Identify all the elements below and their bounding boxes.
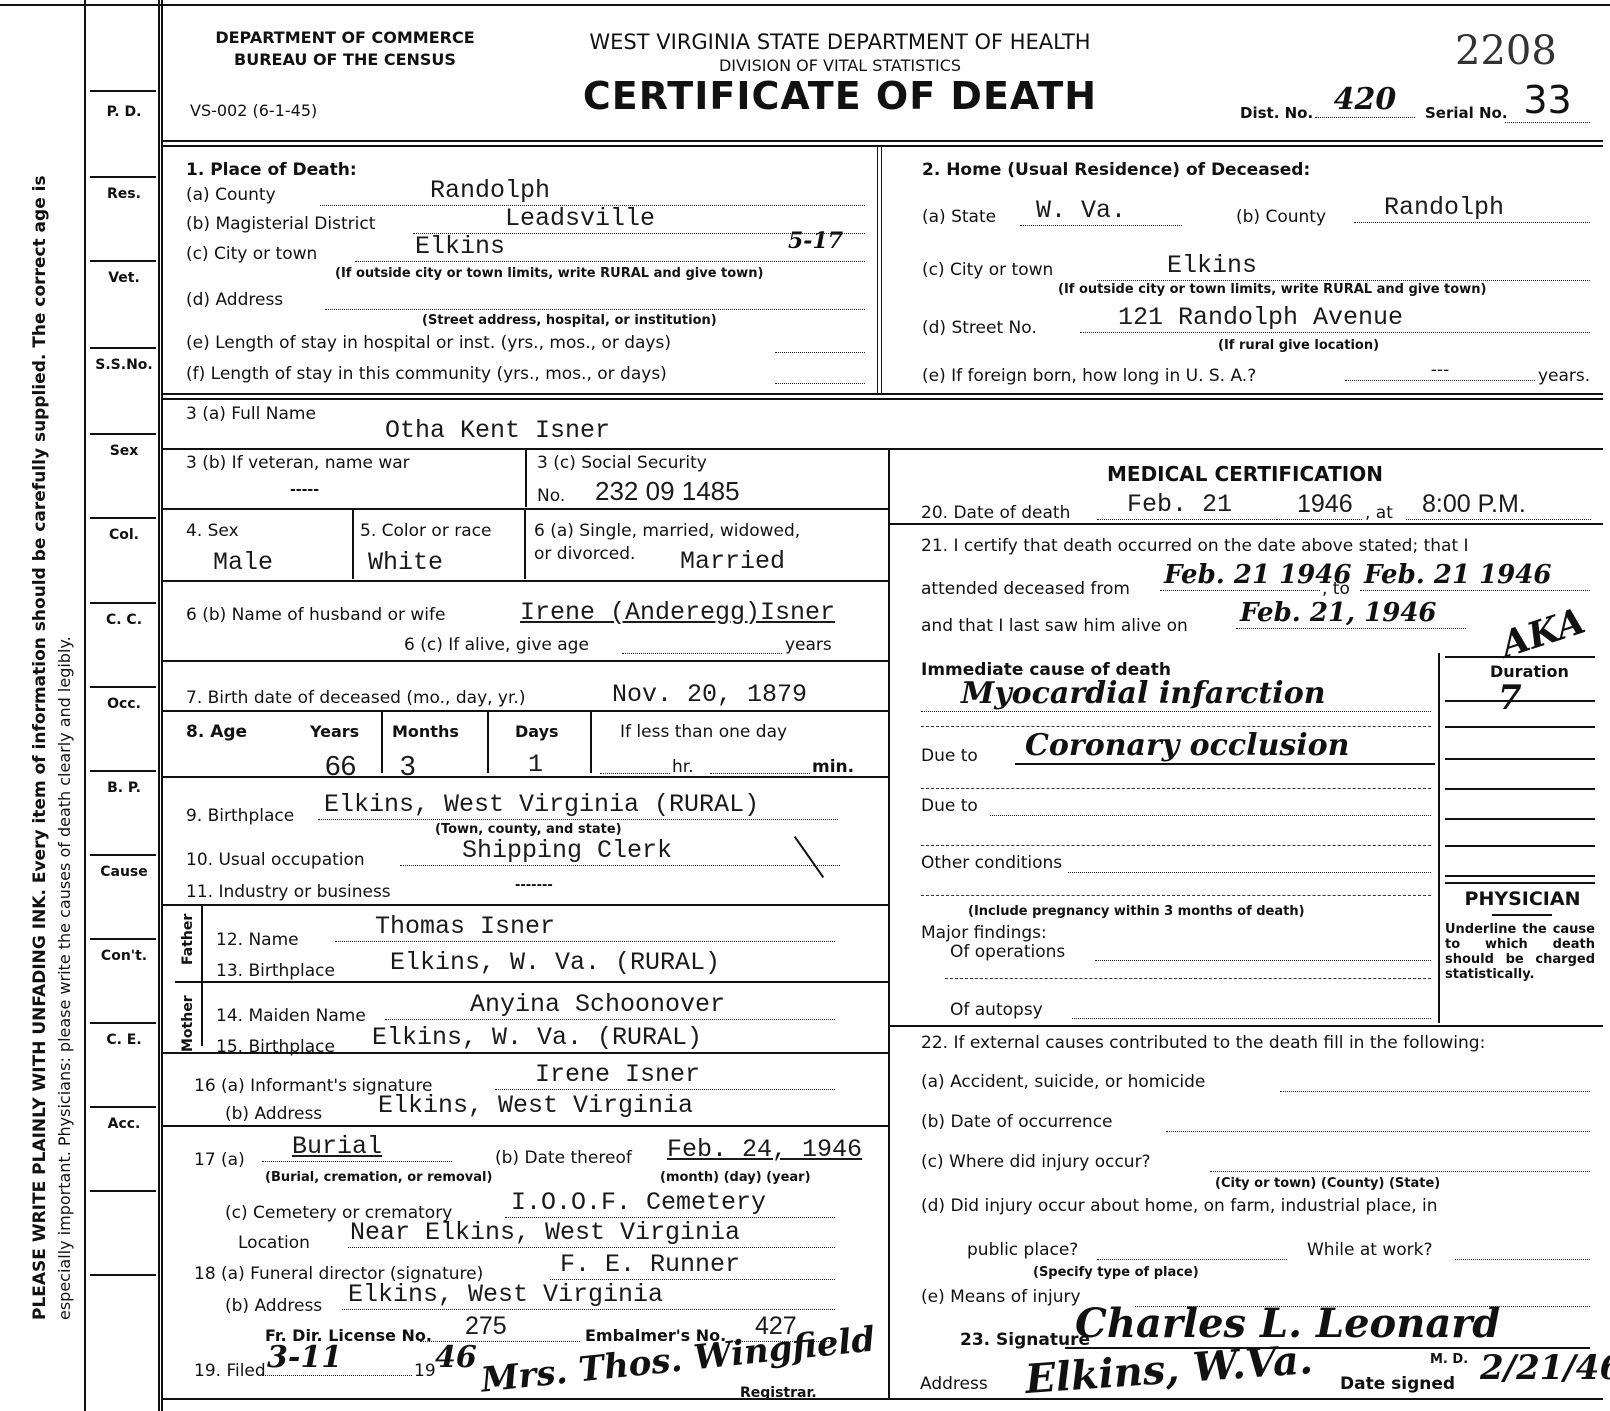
mother-maiden-field[interactable]: Anyina Schoonover <box>385 990 835 1020</box>
father-birthplace-field[interactable]: Elkins, W. Va. (RURAL) <box>390 948 720 977</box>
certify-statement: 21. I certify that death occurred on the… <box>921 536 1469 556</box>
margin-code-col: Col. <box>88 527 160 543</box>
death-time-field[interactable]: 8:00 P.M. <box>1406 490 1591 520</box>
date-signed-label: Date signed <box>1340 1374 1455 1394</box>
federal-dept: DEPARTMENT OF COMMERCE <box>205 28 485 47</box>
form-number: VS-002 (6-1-45) <box>190 101 317 120</box>
pod-county-label: (a) County <box>186 185 276 205</box>
location-label: Location <box>238 1233 310 1253</box>
race-field[interactable]: White <box>368 548 443 577</box>
death-year-field[interactable]: 1946 <box>1277 490 1362 520</box>
file-number: 2208 <box>1455 28 1557 74</box>
federal-bureau: BUREAU OF THE CENSUS <box>205 50 485 69</box>
margin-code-bp: B. P. <box>88 780 160 796</box>
res-state-label: (a) State <box>922 207 996 227</box>
pod-city-annotation: 5-17 <box>788 228 843 254</box>
birthplace-hint: (Town, county, and state) <box>435 822 622 837</box>
res-street-label: (d) Street No. <box>922 318 1037 338</box>
due-to-1-label: Due to <box>921 746 978 766</box>
accident-label: (a) Accident, suicide, or homicide <box>921 1072 1205 1092</box>
res-foreign-unit: years. <box>1538 366 1590 386</box>
funeral-director-field[interactable]: F. E. Runner <box>550 1250 835 1280</box>
disposition-method-hint: (Burial, cremation, or removal) <box>265 1170 492 1185</box>
operations-field[interactable] <box>1095 945 1431 961</box>
mother-birthplace-field[interactable]: Elkins, W. Va. (RURAL) <box>372 1023 702 1052</box>
sex-label: 4. Sex <box>186 521 239 541</box>
spouse-age-field[interactable] <box>622 640 782 654</box>
attended-label: attended deceased from <box>921 579 1130 599</box>
full-name-field[interactable]: Otha Kent Isner <box>385 416 610 445</box>
age-years-label: Years <box>310 722 359 741</box>
veteran-field[interactable]: ----- <box>290 482 319 498</box>
medical-certification-heading: MEDICAL CERTIFICATION <box>1107 462 1383 486</box>
residence-heading: 2. Home (Usual Residence) of Deceased: <box>922 160 1310 180</box>
director-address-label: (b) Address <box>225 1296 322 1316</box>
margin-code-ce: C. E. <box>88 1032 160 1048</box>
mother-maiden-label: 14. Maiden Name <box>216 1006 366 1026</box>
other-conditions-field[interactable] <box>1068 855 1431 873</box>
margin-instructions-line1: PLEASE WRITE PLAINLY WITH UNFADING INK. … <box>30 175 50 1320</box>
death-date-field[interactable]: Feb. 21 <box>1097 490 1277 520</box>
margin-code-pd: P. D. <box>88 104 160 120</box>
filed-year-field[interactable]: 46 <box>435 1340 477 1375</box>
death-date-label: 20. Date of death <box>921 503 1070 523</box>
birth-date-field[interactable]: Nov. 20, 1879 <box>612 680 807 709</box>
injury-where-field[interactable] <box>1210 1154 1590 1172</box>
state-dept: WEST VIRGINIA STATE DEPARTMENT OF HEALTH <box>560 30 1120 54</box>
physician-box-title: PHYSICIAN <box>1450 888 1595 910</box>
father-birthplace-label: 13. Birthplace <box>216 961 335 981</box>
race-label: 5. Color or race <box>360 521 491 541</box>
last-seen-label: and that I last saw him alive on <box>921 616 1188 636</box>
spouse-label: 6 (b) Name of husband or wife <box>186 605 445 625</box>
pod-address-label: (d) Address <box>186 290 283 310</box>
marital-label: 6 (a) Single, married, widowed, <box>534 521 800 541</box>
marital-field[interactable]: Married <box>680 547 785 576</box>
spouse-age-label: 6 (c) If alive, give age <box>404 635 589 655</box>
location-field[interactable]: Near Elkins, West Virginia <box>348 1218 835 1248</box>
pod-stay-community-field[interactable] <box>775 366 865 384</box>
birthplace-field[interactable]: Elkins, West Virginia (RURAL) <box>318 790 838 820</box>
injury-means-label: (e) Means of injury <box>921 1287 1081 1307</box>
injury-place-field[interactable] <box>1097 1242 1287 1260</box>
document-title: CERTIFICATE OF DEATH <box>560 74 1120 118</box>
hours-label: hr. <box>672 757 694 777</box>
due-to-2-field[interactable] <box>990 798 1431 816</box>
due-to-2-label: Due to <box>921 796 978 816</box>
disposition-method-field[interactable]: Burial <box>262 1132 452 1162</box>
res-county-field[interactable]: Randolph <box>1354 193 1590 223</box>
minutes-field[interactable] <box>710 762 810 774</box>
injury-where-label: (c) Where did injury occur? <box>921 1152 1151 1172</box>
spouse-field[interactable]: Irene (Anderegg)Isner <box>520 598 835 627</box>
father-name-label: 12. Name <box>216 930 299 950</box>
birthplace-label: 9. Birthplace <box>186 806 294 826</box>
industry-label: 11. Industry or business <box>186 882 391 902</box>
less-than-day-label: If less than one day <box>620 722 787 742</box>
attended-to-field[interactable]: Feb. 21 1946 <box>1360 560 1590 591</box>
pod-stay-hospital-label: (e) Length of stay in hospital or inst. … <box>186 333 671 353</box>
physician-signature[interactable]: Charles L. Leonard <box>1065 1300 1590 1349</box>
injury-place-hint: (Specify type of place) <box>1033 1265 1199 1280</box>
hours-field[interactable] <box>600 762 670 774</box>
margin-code-sex: Sex <box>88 443 160 459</box>
father-name-field[interactable]: Thomas Isner <box>335 912 835 942</box>
physician-address-label: Address <box>920 1374 988 1394</box>
social-security-number[interactable]: 232 09 1485 <box>595 476 740 507</box>
major-findings-label: Major findings: <box>921 923 1047 943</box>
margin-code-cause: Cause <box>88 864 160 880</box>
disposition-date-label: (b) Date thereof <box>495 1148 632 1168</box>
res-foreign-label: (e) If foreign born, how long in U. S. A… <box>922 366 1256 386</box>
while-at-work-label: While at work? <box>1307 1240 1433 1260</box>
operations-label: Of operations <box>950 942 1065 962</box>
margin-code-res: Res. <box>88 186 160 202</box>
filed-label: 19. Filed <box>194 1361 266 1381</box>
mother-birthplace-label: 15. Birthplace <box>216 1037 335 1057</box>
license-field[interactable]: 275 <box>420 1312 580 1342</box>
dist-no-label: Dist. No. <box>1240 104 1313 122</box>
birth-date-label: 7. Birth date of deceased (mo., day, yr.… <box>186 688 525 708</box>
occurrence-date-label: (b) Date of occurrence <box>921 1112 1113 1132</box>
res-county-label: (b) County <box>1236 207 1326 227</box>
res-state-field[interactable]: W. Va. <box>1020 196 1182 226</box>
informant-address-field[interactable]: Elkins, West Virginia <box>378 1091 693 1120</box>
industry-field[interactable]: ------- <box>515 878 553 893</box>
accident-field[interactable] <box>1280 1074 1590 1092</box>
sex-field[interactable]: Male <box>213 548 273 577</box>
veteran-label: 3 (b) If veteran, name war <box>186 453 410 473</box>
age-months-label: Months <box>392 722 459 741</box>
occurrence-date-field[interactable] <box>1166 1114 1590 1132</box>
autopsy-label: Of autopsy <box>950 1000 1043 1020</box>
res-street-field[interactable]: 121 Randolph Avenue <box>1080 303 1590 333</box>
attended-to-label: , to <box>1322 579 1350 599</box>
age-label: 8. Age <box>186 722 247 742</box>
margin-code-vet: Vet. <box>88 270 160 286</box>
ss-no-label: No. <box>537 486 565 506</box>
pod-district-label: (b) Magisterial District <box>186 214 375 234</box>
immediate-cause-field[interactable]: Myocardial infarction <box>921 676 1431 712</box>
res-foreign-field[interactable]: --- <box>1345 360 1535 381</box>
filed-year-prefix: 19 <box>414 1361 436 1381</box>
autopsy-field[interactable] <box>1072 1003 1431 1019</box>
serial-no-value: 33 <box>1505 78 1590 123</box>
due-to-1-field[interactable]: Coronary occlusion <box>1015 728 1435 765</box>
serial-no-label: Serial No. <box>1425 104 1508 122</box>
disposition-date-hint: (month) (day) (year) <box>660 1170 811 1185</box>
filed-date-field[interactable]: 3-11 <box>262 1340 412 1376</box>
res-city-hint: (If outside city or town limits, write R… <box>1058 282 1486 297</box>
informant-address-label: (b) Address <box>225 1104 322 1124</box>
physician-box-text: Underline the cause to which death shoul… <box>1445 922 1595 982</box>
duration-field[interactable]: 7 <box>1498 678 1522 718</box>
occupation-field[interactable]: Shipping Clerk <box>400 836 840 866</box>
pod-county-field[interactable]: Randolph <box>320 176 865 206</box>
occupation-label: 10. Usual occupation <box>186 850 365 870</box>
age-days-label: Days <box>515 722 559 741</box>
father-tag: Father <box>180 914 196 965</box>
margin-code-acc: Acc. <box>88 1116 160 1132</box>
injury-where-hint: (City or town) (County) (State) <box>1215 1176 1440 1191</box>
spouse-age-unit: years <box>785 635 832 655</box>
pod-stay-hospital-field[interactable] <box>775 335 865 353</box>
pod-city-label: (c) City or town <box>186 244 317 264</box>
md-label: M. D. <box>1430 1352 1468 1367</box>
res-city-field[interactable]: Elkins <box>1097 251 1590 281</box>
pod-city-hint: (If outside city or town limits, write R… <box>335 266 763 281</box>
pod-stay-community-label: (f) Length of stay in this community (yr… <box>186 364 667 384</box>
marital-label-2: or divorced. <box>534 544 635 564</box>
injury-place-label: (d) Did injury occur about home, on farm… <box>921 1196 1438 1216</box>
vital-stats-division: DIVISION OF VITAL STATISTICS <box>560 56 1120 75</box>
res-street-hint: (If rural give location) <box>1218 338 1379 353</box>
other-conditions-label: Other conditions <box>921 853 1062 873</box>
dist-no-value: 420 <box>1315 82 1415 118</box>
minutes-label: min. <box>812 757 854 777</box>
while-at-work-field[interactable] <box>1455 1242 1590 1260</box>
disposition-method-label: 17 (a) <box>194 1150 245 1170</box>
death-time-label: , at <box>1365 503 1393 523</box>
full-name-label: 3 (a) Full Name <box>186 404 316 424</box>
injury-public-place-label: public place? <box>967 1240 1078 1260</box>
external-causes-heading: 22. If external causes contributed to th… <box>921 1033 1485 1053</box>
margin-code-cc: C. C. <box>88 612 160 628</box>
age-days-field[interactable]: 1 <box>528 750 543 779</box>
pregnancy-hint: (Include pregnancy within 3 months of de… <box>968 904 1305 919</box>
margin-code-ssno: S.S.No. <box>88 357 160 373</box>
date-signed-field[interactable]: 2/21/46 <box>1480 1348 1610 1388</box>
cemetery-field[interactable]: I.O.O.F. Cemetery <box>505 1188 835 1218</box>
margin-code-occ: Occ. <box>88 696 160 712</box>
social-security-label: 3 (c) Social Security <box>537 453 707 473</box>
informant-signature-field[interactable]: Irene Isner <box>495 1060 835 1090</box>
pod-address-hint: (Street address, hospital, or institutio… <box>422 313 717 328</box>
disposition-date-field[interactable]: Feb. 24, 1946 <box>667 1135 862 1164</box>
margin-instructions-line2: especially important. Physicians: please… <box>55 636 74 1320</box>
res-city-label: (c) City or town <box>922 260 1053 280</box>
mother-tag: Mother <box>180 995 196 1052</box>
director-address-field[interactable]: Elkins, West Virginia <box>342 1280 835 1310</box>
margin-code-cont: Con't. <box>88 948 160 964</box>
last-seen-field[interactable]: Feb. 21, 1946 <box>1236 598 1466 629</box>
pod-address-field[interactable] <box>325 284 865 310</box>
attended-from-field[interactable]: Feb. 21 1946 <box>1160 560 1320 591</box>
